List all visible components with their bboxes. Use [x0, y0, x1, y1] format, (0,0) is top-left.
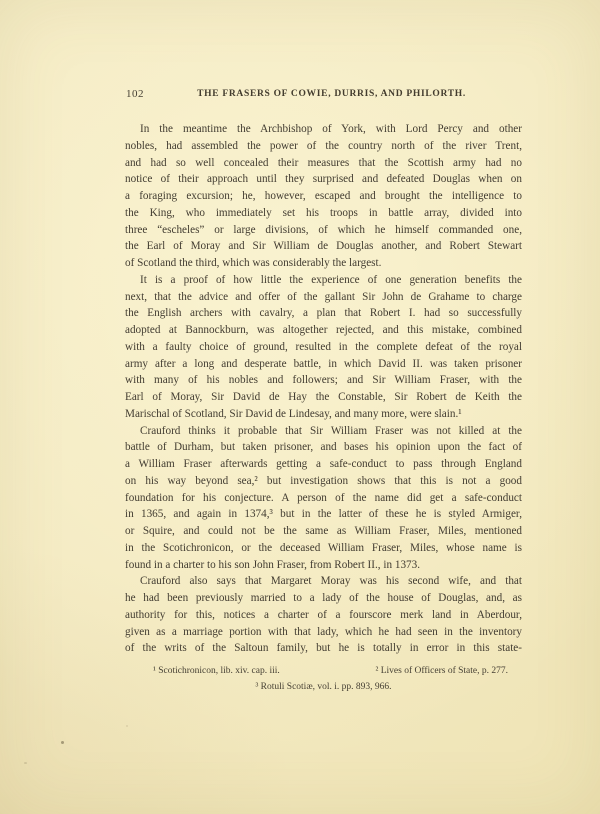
text-line: the English archers with cavalry, a plan…: [125, 305, 522, 322]
text-line: notice of their approach until they surp…: [125, 171, 522, 188]
page-content: 102 THE FRASERS OF COWIE, DURRIS, AND PH…: [125, 88, 522, 695]
text-line: in the Scotichronicon, or the deceased W…: [125, 540, 522, 557]
ink-speck: [61, 741, 64, 744]
text-line: in 1365, and again in 1374,³ but in the …: [125, 506, 522, 523]
footnote-row: ³ Rotuli Scotiæ, vol. i. pp. 893, 966.: [125, 679, 522, 695]
text-line: Crauford also says that Margaret Moray w…: [125, 573, 522, 590]
body-text: In the meantime the Archbishop of York, …: [125, 121, 522, 657]
footnote-2: ² Lives of Officers of State, p. 277.: [376, 663, 508, 679]
text-line: Marischal of Scotland, Sir David de Lind…: [125, 406, 522, 423]
text-line: adopted at Bannockburn, was altogether r…: [125, 322, 522, 339]
book-page: 102 THE FRASERS OF COWIE, DURRIS, AND PH…: [0, 0, 600, 814]
text-line: he had been previously married to a lady…: [125, 590, 522, 607]
text-line: nobles, had assembled the power of the c…: [125, 138, 522, 155]
footnote-row: ¹ Scotichronicon, lib. xiv. cap. iii. ² …: [125, 663, 522, 679]
paragraph: In the meantime the Archbishop of York, …: [125, 121, 522, 272]
text-line: the Earl of Moray and Sir William de Dou…: [125, 238, 522, 255]
ink-speck: [24, 762, 27, 764]
paragraph: It is a proof of how little the experien…: [125, 272, 522, 423]
text-line: It is a proof of how little the experien…: [125, 272, 522, 289]
ink-speck: [126, 725, 128, 727]
paragraph: Crauford thinks it probable that Sir Wil…: [125, 423, 522, 574]
text-line: with a faulty choice of ground, resulted…: [125, 339, 522, 356]
text-line: army after a long and desperate battle, …: [125, 356, 522, 373]
footnotes: ¹ Scotichronicon, lib. xiv. cap. iii. ² …: [125, 663, 522, 695]
footnote-1: ¹ Scotichronicon, lib. xiv. cap. iii.: [153, 663, 280, 679]
text-line: of Scotland the third, which was conside…: [125, 255, 522, 272]
text-line: the King, who immediately set his troops…: [125, 205, 522, 222]
text-line: authority for this, notices a charter of…: [125, 607, 522, 624]
footnote-3: ³ Rotuli Scotiæ, vol. i. pp. 893, 966.: [255, 682, 391, 692]
text-line: a foraging excursion; he, however, escap…: [125, 188, 522, 205]
text-line: next, that the advice and offer of the g…: [125, 289, 522, 306]
text-line: and had so well concealed their measures…: [125, 155, 522, 172]
text-line: on his way beyond sea,² but investigatio…: [125, 473, 522, 490]
text-line: found in a charter to his son John Frase…: [125, 557, 522, 574]
running-header: 102 THE FRASERS OF COWIE, DURRIS, AND PH…: [125, 88, 522, 100]
text-line: or Squire, and could not be the same as …: [125, 523, 522, 540]
text-line: of the writs of the Saltoun family, but …: [125, 640, 522, 657]
text-line: three “escheles” or large divisions, of …: [125, 222, 522, 239]
paragraph: Crauford also says that Margaret Moray w…: [125, 573, 522, 657]
text-line: battle of Durham, but taken prisoner, an…: [125, 439, 522, 456]
text-line: foundation for his conjecture. A person …: [125, 490, 522, 507]
text-line: Earl of Moray, Sir David de Hay the Cons…: [125, 389, 522, 406]
text-line: Crauford thinks it probable that Sir Wil…: [125, 423, 522, 440]
text-line: In the meantime the Archbishop of York, …: [125, 121, 522, 138]
text-line: given as a marriage portion with that la…: [125, 624, 522, 641]
text-line: with many of his nobles and followers; a…: [125, 372, 522, 389]
text-line: a William Fraser afterwards getting a sa…: [125, 456, 522, 473]
running-title: THE FRASERS OF COWIE, DURRIS, AND PHILOR…: [133, 88, 530, 100]
